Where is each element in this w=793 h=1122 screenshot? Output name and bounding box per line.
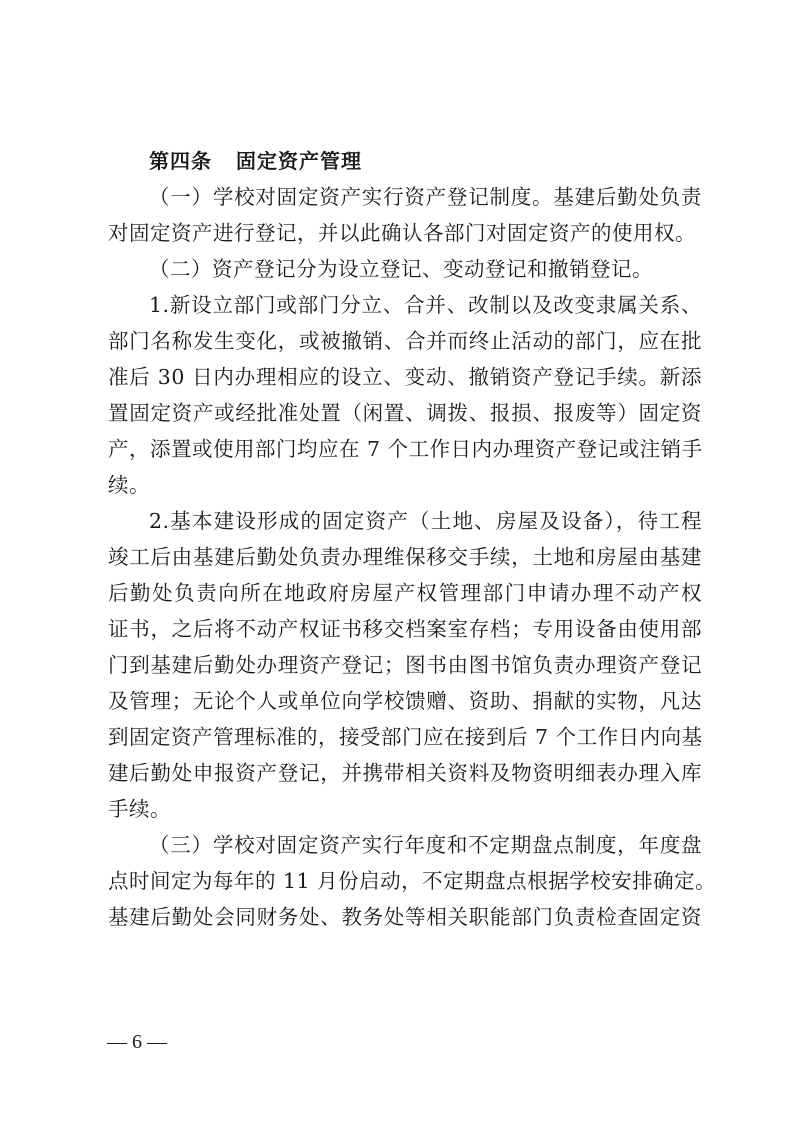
text-line: （一）学校对固定资产实行资产登记制度。基建后勤处负责 (108, 179, 702, 215)
text-line: 准后 30 日内办理相应的设立、变动、撤销资产登记手续。新添 (108, 359, 702, 395)
text-line: 门到基建后勤处办理资产登记；图书由图书馆负责办理资产登记 (108, 647, 702, 683)
page-body: 第四条固定资产管理 （一）学校对固定资产实行资产登记制度。基建后勤处负责对固定资… (108, 143, 702, 935)
text-line: 部门名称发生变化，或被撤销、合并而终止活动的部门，应在批 (108, 323, 702, 359)
body-text: （一）学校对固定资产实行资产登记制度。基建后勤处负责对固定资产进行登记，并以此确… (108, 179, 702, 935)
text-line: 及管理；无论个人或单位向学校馈赠、资助、捐献的实物，凡达 (108, 683, 702, 719)
text-line: 手续。 (108, 791, 702, 827)
text-line: （三）学校对固定资产实行年度和不定期盘点制度，年度盘 (108, 827, 702, 863)
text-line: 后勤处负责向所在地政府房屋产权管理部门申请办理不动产权 (108, 575, 702, 611)
article-heading: 第四条固定资产管理 (108, 143, 702, 179)
text-line: 产，添置或使用部门均应在 7 个工作日内办理资产登记或注销手 (108, 431, 702, 467)
text-line: 证书，之后将不动产权证书移交档案室存档；专用设备由使用部 (108, 611, 702, 647)
text-line: 1.新设立部门或部门分立、合并、改制以及改变隶属关系、 (108, 287, 702, 323)
text-line: 对固定资产进行登记，并以此确认各部门对固定资产的使用权。 (108, 215, 702, 251)
text-line: 续。 (108, 467, 702, 503)
text-line: 到固定资产管理标准的，接受部门应在接到后 7 个工作日内向基 (108, 719, 702, 755)
text-line: 点时间定为每年的 11 月份启动，不定期盘点根据学校安排确定。 (108, 863, 702, 899)
page-number: — 6 — (107, 1028, 167, 1056)
text-line: 竣工后由基建后勤处负责办理维保移交手续，土地和房屋由基建 (108, 539, 702, 575)
text-line: 2.基本建设形成的固定资产（土地、房屋及设备），待工程 (108, 503, 702, 539)
article-title: 固定资产管理 (236, 149, 362, 173)
text-line: 建后勤处申报资产登记，并携带相关资料及物资明细表办理入库 (108, 755, 702, 791)
text-line: 基建后勤处会同财务处、教务处等相关职能部门负责检查固定资 (108, 899, 702, 935)
article-number: 第四条 (149, 149, 212, 173)
text-line: （二）资产登记分为设立登记、变动登记和撤销登记。 (108, 251, 702, 287)
text-line: 置固定资产或经批准处置（闲置、调拨、报损、报废等）固定资 (108, 395, 702, 431)
